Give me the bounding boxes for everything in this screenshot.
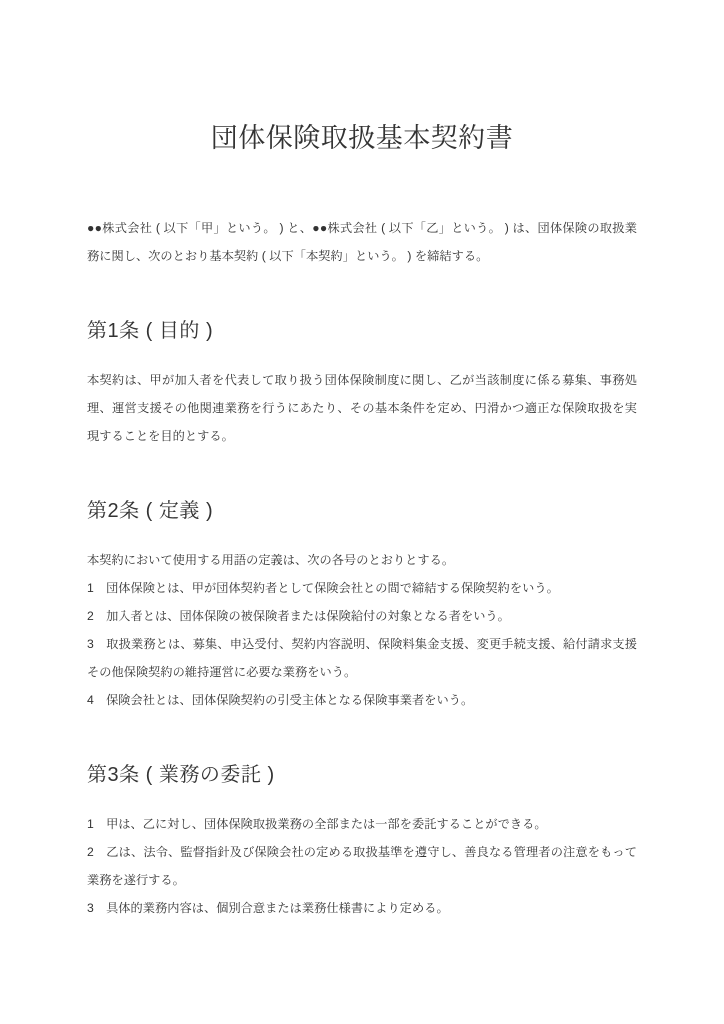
- article-2: 第2条 ( 定義 ) 本契約において使用する用語の定義は、次の各号のとおりとする…: [87, 496, 637, 714]
- article-2-item-3: 3 取扱業務とは、募集、申込受付、契約内容説明、保険料集金支援、変更手続支援、給…: [87, 630, 637, 686]
- article-2-lead-paragraph: 本契約において使用する用語の定義は、次の各号のとおりとする。: [87, 546, 637, 574]
- article-3-body: 1 甲は、乙に対し、団体保険取扱業務の全部または一部を委託することができる。 2…: [87, 810, 637, 922]
- article-3: 第3条 ( 業務の委託 ) 1 甲は、乙に対し、団体保険取扱業務の全部または一部…: [87, 760, 637, 922]
- article-2-item-2: 2 加入者とは、団体保険の被保険者または保険給付の対象となる者をいう。: [87, 602, 637, 630]
- article-2-item-1: 1 団体保険とは、甲が団体契約者として保険会社との間で締結する保険契約をいう。: [87, 574, 637, 602]
- article-2-heading: 第2条 ( 定義 ): [87, 496, 637, 526]
- article-1-paragraph: 本契約は、甲が加入者を代表して取り扱う団体保険制度に関し、乙が当該制度に係る募集…: [87, 366, 637, 450]
- article-3-item-2: 2 乙は、法令、監督指針及び保険会社の定める取扱基準を遵守し、善良なる管理者の注…: [87, 838, 637, 894]
- article-1: 第1条 ( 目的 ) 本契約は、甲が加入者を代表して取り扱う団体保険制度に関し、…: [87, 316, 637, 450]
- article-3-item-3: 3 具体的業務内容は、個別合意または業務仕様書により定める。: [87, 894, 637, 922]
- preamble-paragraph: ●●株式会社 ( 以下「甲」という。 ) と、●●株式会社 ( 以下「乙」という…: [87, 214, 637, 270]
- article-3-heading: 第3条 ( 業務の委託 ): [87, 760, 637, 790]
- article-1-heading: 第1条 ( 目的 ): [87, 316, 637, 346]
- article-2-body: 本契約において使用する用語の定義は、次の各号のとおりとする。 1 団体保険とは、…: [87, 546, 637, 714]
- article-3-item-1: 1 甲は、乙に対し、団体保険取扱業務の全部または一部を委託することができる。: [87, 810, 637, 838]
- document-title: 団体保険取扱基本契約書: [87, 118, 637, 158]
- article-1-body: 本契約は、甲が加入者を代表して取り扱う団体保険制度に関し、乙が当該制度に係る募集…: [87, 366, 637, 450]
- article-2-item-4: 4 保険会社とは、団体保険契約の引受主体となる保険事業者をいう。: [87, 686, 637, 714]
- contract-document-page: 団体保険取扱基本契約書 ●●株式会社 ( 以下「甲」という。 ) と、●●株式会…: [0, 0, 724, 1024]
